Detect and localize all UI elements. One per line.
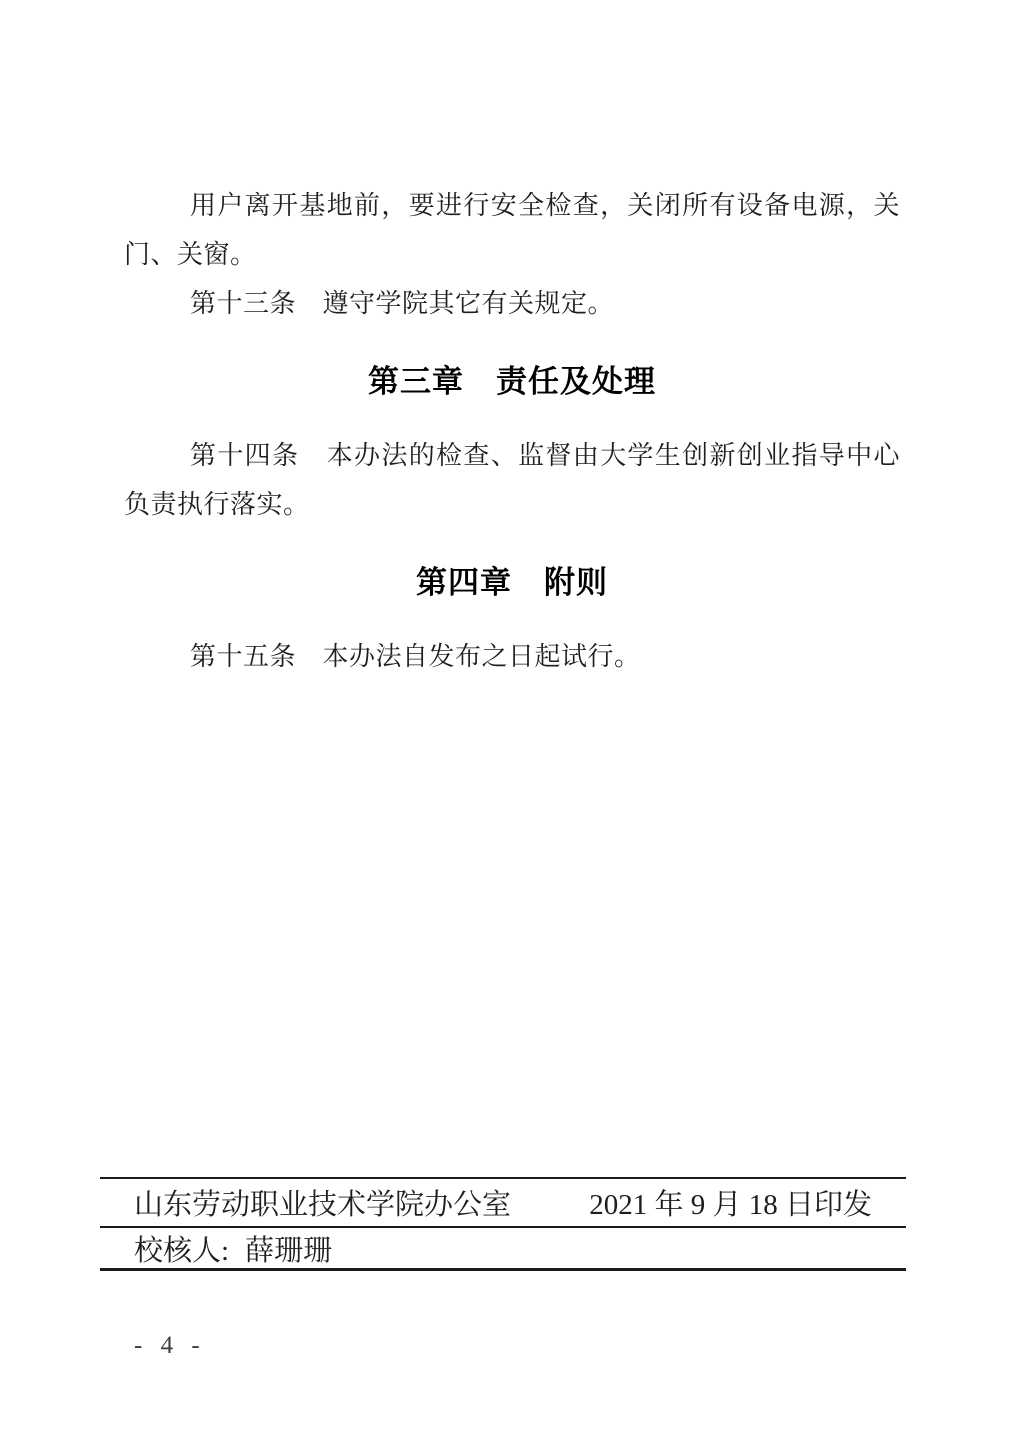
chapter-3-heading: 第三章 责任及处理: [124, 357, 900, 406]
page-number: - 4 -: [134, 1332, 206, 1360]
footer-issuing-row: 山东劳动职业技术学院办公室 2021 年 9 月 18 日印发: [100, 1179, 906, 1226]
print-date: 2021 年 9 月 18 日印发: [589, 1182, 872, 1223]
document-body: 用户离开基地前，要进行安全检查，关闭所有设备电源，关门、关窗。 第十三条 遵守学…: [0, 0, 1024, 681]
proofreader-label: 校核人:: [134, 1228, 229, 1269]
issuing-office: 山东劳动职业技术学院办公室: [134, 1182, 511, 1223]
document-page: 用户离开基地前，要进行安全检查，关闭所有设备电源，关门、关窗。 第十三条 遵守学…: [0, 0, 1024, 1447]
proofreader-name: 薛珊珊: [245, 1228, 332, 1269]
paragraph-article-13: 第十三条 遵守学院其它有关规定。: [124, 279, 900, 328]
paragraph-article-15: 第十五条 本办法自发布之日起试行。: [124, 632, 900, 681]
paragraph-safety-check: 用户离开基地前，要进行安全检查，关闭所有设备电源，关门、关窗。: [124, 181, 900, 279]
footer-proofreader-row: 校核人: 薛珊珊: [100, 1226, 906, 1268]
document-footer: 山东劳动职业技术学院办公室 2021 年 9 月 18 日印发 校核人: 薛珊珊: [100, 1177, 906, 1271]
paragraph-article-14: 第十四条 本办法的检查、监督由大学生创新创业指导中心负责执行落实。: [124, 431, 900, 529]
chapter-4-heading: 第四章 附则: [124, 558, 900, 607]
